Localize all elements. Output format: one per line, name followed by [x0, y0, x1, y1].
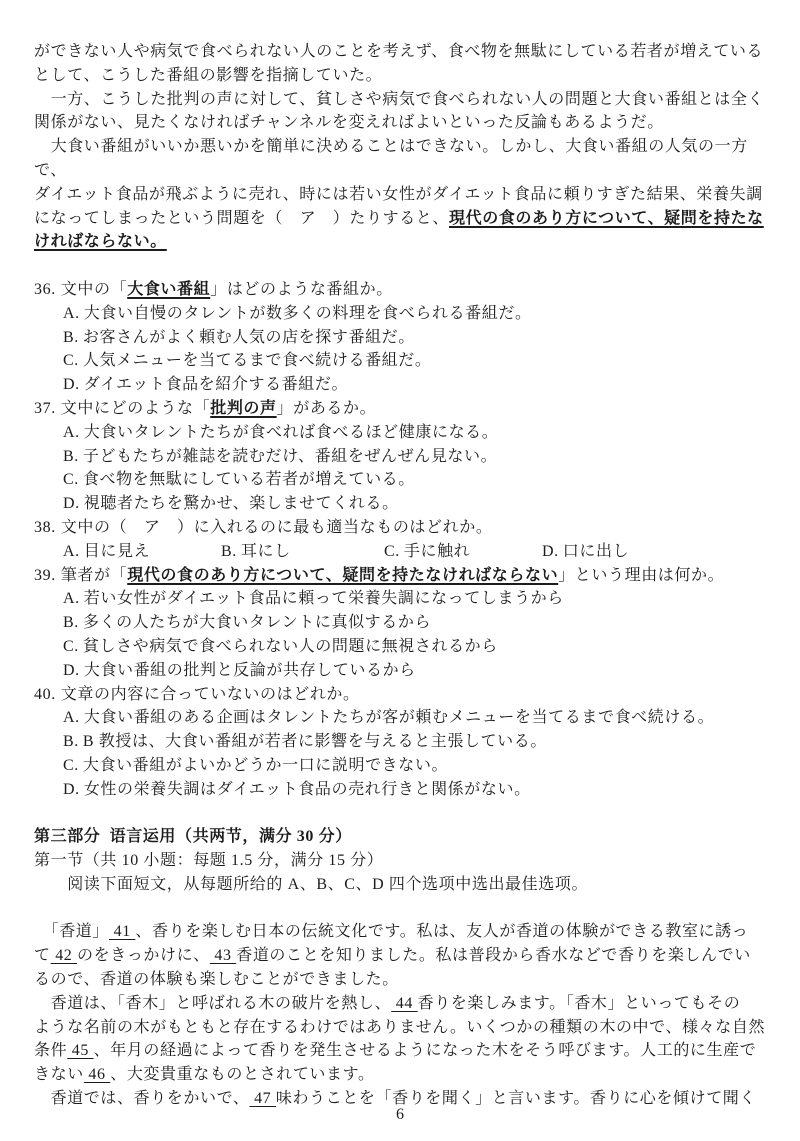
- text-line: 香道は、「香木」と呼ばれる木の破片を熱し、 44 香りを楽しみます。「香木」とい…: [34, 992, 770, 1016]
- option-D: D.女性の栄養失調はダイエット食品の売れ行きと関係がない。: [34, 778, 770, 802]
- option-label: C.: [63, 638, 79, 655]
- text-segment: 一方、こうした批判の声に対して、貧しさや病気で食べられない人の問題と大食い番組と…: [34, 91, 764, 108]
- option-label: B.: [63, 733, 79, 750]
- text-segment: 「香道」: [34, 923, 109, 940]
- emphasis-underline-text: 現代の食のあり方について、疑問を持たなければならない: [127, 567, 558, 584]
- option-text: 大食い番組のある企画はタレントたちが客が頼むメニューを当てるまで食べ続ける。: [84, 709, 714, 726]
- text-segment: 香道のことを知りました。私は普段から香水などで香りを楽しんでい: [236, 947, 751, 964]
- option-A: A.若い女性がダイエット食品に頼って栄養失調になってしまうから: [34, 587, 770, 611]
- text-segment: 大食い番組がいいか悪いかを簡単に決めることはできない。しかし、大食い番組の人気の…: [34, 138, 748, 179]
- text-segment: て: [34, 947, 51, 964]
- cloze-blank: 46: [84, 1066, 110, 1083]
- option-A: A.大食い自慢のタレントが数多くの料理を食べられる番組だ。: [34, 302, 770, 326]
- option-label: C.: [63, 471, 79, 488]
- text-line: きない 46 、大変貴重なものとされています。: [34, 1063, 770, 1087]
- text-line: て 42 のをきっかけに、 43 香道のことを知りました。私は普段から香水などで…: [34, 944, 770, 968]
- text-segment: 、香りを楽しむ日本の伝統文化です。私は、友人が香道の体験ができる教室に誘っ: [135, 923, 748, 940]
- option-label: B.: [63, 448, 79, 465]
- part-three-header: 第三部分 语言运用（共两节，满分 30 分） 第一节（共 10 小题：每题 1.…: [34, 825, 770, 896]
- text-segment: るので、香道の体験も楽しむことができました。: [34, 971, 399, 988]
- question-number: 40.: [34, 686, 56, 703]
- text-line: るので、香道の体験も楽しむことができました。: [34, 968, 770, 992]
- question-stem: 40.文章の内容に合っていないのはどれか。: [34, 683, 770, 707]
- text-segment: 」という理由は何か。: [558, 567, 724, 584]
- question-stem: 36.文中の「大食い番組」はどのような番組か。: [34, 278, 770, 302]
- question-stem: 39.筆者が「現代の食のあり方について、疑問を持たなければならない」という理由は…: [34, 564, 770, 588]
- question-37: 37.文中にどのような「批判の声」があるか。A.大食いタレントたちが食べれば食べ…: [34, 397, 770, 516]
- text-segment: 関係がない、見たくなければチャンネルを変えればよいといった反論もあるようだ。: [34, 114, 664, 131]
- option-text: ダイエット食品を紹介する番組だ。: [84, 376, 348, 393]
- option-text: 大食い番組がよいかどうか一口に説明できない。: [83, 757, 448, 774]
- text-segment: 文章の内容に合っていないのはどれか。: [61, 686, 360, 703]
- text-segment: 文中にどのような「: [61, 400, 210, 417]
- option-B: B.耳にし: [221, 540, 384, 564]
- cloze-blank: 43: [210, 947, 236, 964]
- option-C: C.貧しさや病気で食べられない人の問題に無視されるから: [34, 635, 770, 659]
- option-C: C.大食い番組がよいかどうか一口に説明できない。: [34, 754, 770, 778]
- option-label: D.: [63, 781, 80, 798]
- part-title: 第三部分 语言运用（共两节，满分 30 分）: [34, 825, 770, 849]
- option-B: B.お客さんがよく頼む人気の店を探す番組だ。: [34, 326, 770, 350]
- text-segment: 香りを楽しみます。「香木」といってもその: [418, 995, 741, 1012]
- option-text: 若い女性がダイエット食品に頼って栄養失調になってしまうから: [84, 590, 564, 607]
- text-segment: 条件: [34, 1042, 67, 1059]
- option-D: D.視聴者たちを驚かせ、楽しませてくれる。: [34, 492, 770, 516]
- option-label: C.: [63, 757, 79, 774]
- text-line: 一方、こうした批判の声に対して、貧しさや病気で食べられない人の問題と大食い番組と…: [34, 88, 770, 112]
- option-text: 多くの人たちが大食いタレントに真似するから: [83, 614, 431, 631]
- option-A: A.大食い番組のある企画はタレントたちが客が頼むメニューを当てるまで食べ続ける。: [34, 706, 770, 730]
- text-line: 「香道」 41 、香りを楽しむ日本の伝統文化です。私は、友人が香道の体験ができる…: [34, 920, 770, 944]
- option-C: C.食べ物を無駄にしている若者が増えている。: [34, 468, 770, 492]
- emphasis-underline-text: ければならない。: [34, 233, 167, 250]
- text-line: として、こうした番組の影響を指摘していた。: [34, 64, 770, 88]
- text-line: ような名前の木がもともと存在するわけではありません。いくつかの種類の木の中で、様…: [34, 1016, 770, 1040]
- option-label: A.: [63, 305, 80, 322]
- option-text: 耳にし: [241, 543, 291, 560]
- option-C: C.人気メニューを当てるまで食べ続ける番組だ。: [34, 349, 770, 373]
- option-label: C.: [384, 543, 400, 560]
- questions-list: 36.文中の「大食い番組」はどのような番組か。A.大食い自慢のタレントが数多くの…: [34, 278, 770, 802]
- option-text: 目に見え: [84, 543, 150, 560]
- option-text: 口に出し: [563, 543, 629, 560]
- emphasis-underline-text: 現代の食のあり方について、疑問を持たな: [449, 210, 764, 227]
- text-segment: のをきっかけに、: [77, 947, 210, 964]
- option-label: A.: [63, 590, 80, 607]
- text-segment: 文中の「: [61, 281, 127, 298]
- text-segment: 、年月の経過によって香りを発生させるようになった木をそう呼びます。人工的に生産で: [94, 1042, 757, 1059]
- part-subsection: 第一节（共 10 小题：每题 1.5 分，满分 15 分）: [34, 849, 770, 873]
- cloze-blank: 42: [51, 947, 77, 964]
- page-number: 6: [0, 1103, 800, 1127]
- part-instruction: 阅读下面短文，从每题所给的 A、B、C、D 四个选项中选出最佳选项。: [34, 873, 770, 897]
- option-label: A.: [63, 709, 80, 726]
- reading-passage-tail: ができない人や病気で食べられない人のことを考えず、食べ物を無駄にしている若者が増…: [34, 40, 770, 254]
- option-D: D.口に出し: [542, 540, 629, 564]
- text-segment: として、こうした番組の影響を指摘していた。: [34, 67, 382, 84]
- emphasis-underline-text: 大食い番組: [127, 281, 210, 298]
- option-label: B.: [63, 614, 79, 631]
- option-text: 大食いタレントたちが食べれば食べるほど健康になる。: [84, 424, 499, 441]
- cloze-passage: 「香道」 41 、香りを楽しむ日本の伝統文化です。私は、友人が香道の体験ができる…: [34, 920, 770, 1110]
- document-page: ができない人や病気で食べられない人のことを考えず、食べ物を無駄にしている若者が増…: [0, 0, 800, 1141]
- option-text: 人気メニューを当てるまで食べ続ける番組だ。: [83, 352, 432, 369]
- options-row: A.目に見えB.耳にしC.手に触れD.口に出し: [34, 540, 770, 564]
- question-40: 40.文章の内容に合っていないのはどれか。A.大食い番組のある企画はタレントたち…: [34, 683, 770, 802]
- text-line: 関係がない、見たくなければチャンネルを変えればよいといった反論もあるようだ。: [34, 111, 770, 135]
- option-label: B.: [63, 329, 79, 346]
- cloze-blank: 41: [109, 923, 135, 940]
- option-text: 子どもたちが雑誌を読むだけ、番組をぜんぜん見ない。: [83, 448, 497, 465]
- option-label: A.: [63, 543, 80, 560]
- text-segment: 、大変貴重なものとされています。: [110, 1066, 374, 1083]
- option-label: C.: [63, 352, 79, 369]
- text-segment: ダイエット食品が飛ぶように売れ、時には若い女性がダイエット食品に頼りすぎた結果、…: [34, 186, 763, 203]
- option-A: A.目に見え: [63, 540, 221, 564]
- text-segment: ができない人や病気で食べられない人のことを考えず、食べ物を無駄にしている若者が増…: [34, 43, 763, 60]
- text-line: になってしまったという問題を（ ア ）たりすると、現代の食のあり方について、疑問…: [34, 207, 770, 231]
- question-39: 39.筆者が「現代の食のあり方について、疑問を持たなければならない」という理由は…: [34, 564, 770, 683]
- question-36: 36.文中の「大食い番組」はどのような番組か。A.大食い自慢のタレントが数多くの…: [34, 278, 770, 397]
- question-number: 38.: [34, 519, 56, 536]
- cloze-blank: 45: [67, 1042, 93, 1059]
- option-D: D.ダイエット食品を紹介する番組だ。: [34, 373, 770, 397]
- question-stem: 37.文中にどのような「批判の声」があるか。: [34, 397, 770, 421]
- option-text: 女性の栄養失調はダイエット食品の売れ行きと関係がない。: [84, 781, 531, 798]
- text-line: 条件 45 、年月の経過によって香りを発生させるようになった木をそう呼びます。人…: [34, 1039, 770, 1063]
- option-text: 手に触れ: [404, 543, 470, 560]
- option-A: A.大食いタレントたちが食べれば食べるほど健康になる。: [34, 421, 770, 445]
- text-line: 大食い番組がいいか悪いかを簡単に決めることはできない。しかし、大食い番組の人気の…: [34, 135, 770, 183]
- option-label: D.: [63, 662, 80, 679]
- text-line: ダイエット食品が飛ぶように売れ、時には若い女性がダイエット食品に頼りすぎた結果、…: [34, 183, 770, 207]
- option-label: D.: [63, 376, 80, 393]
- option-B: B.多くの人たちが大食いタレントに真似するから: [34, 611, 770, 635]
- question-38: 38.文中の（ ア ）に入れるのに最も適当なものはどれか。A.目に見えB.耳にし…: [34, 516, 770, 564]
- option-text: 大食い自慢のタレントが数多くの料理を食べられる番組だ。: [84, 305, 532, 322]
- option-label: D.: [542, 543, 559, 560]
- text-segment: 筆者が「: [61, 567, 127, 584]
- option-text: 視聴者たちを驚かせ、楽しませてくれる。: [84, 495, 399, 512]
- text-segment: ような名前の木がもともと存在するわけではありません。いくつかの種類の木の中で、様…: [34, 1019, 765, 1036]
- text-segment: 」はどのような番組か。: [210, 281, 393, 298]
- text-segment: 文中の（ ア ）に入れるのに最も適当なものはどれか。: [61, 519, 493, 536]
- option-text: 貧しさや病気で食べられない人の問題に無視されるから: [83, 638, 498, 655]
- emphasis-underline-text: 批判の声: [210, 400, 276, 417]
- text-line: ければならない。: [34, 230, 770, 254]
- option-text: 大食い番組の批判と反論が共存しているから: [84, 662, 416, 679]
- text-segment: きない: [34, 1066, 84, 1083]
- text-segment: 」があるか。: [277, 400, 377, 417]
- text-line: ができない人や病気で食べられない人のことを考えず、食べ物を無駄にしている若者が増…: [34, 40, 770, 64]
- option-text: お客さんがよく頼む人気の店を探す番組だ。: [83, 329, 415, 346]
- option-D: D.大食い番組の批判と反論が共存しているから: [34, 659, 770, 683]
- question-stem: 38.文中の（ ア ）に入れるのに最も適当なものはどれか。: [34, 516, 770, 540]
- text-segment: 香道は、「香木」と呼ばれる木の破片を熱し、: [34, 995, 391, 1012]
- option-C: C.手に触れ: [384, 540, 542, 564]
- question-number: 36.: [34, 281, 56, 298]
- question-number: 37.: [34, 400, 56, 417]
- option-label: D.: [63, 495, 80, 512]
- option-text: 食べ物を無駄にしている若者が増えている。: [83, 471, 415, 488]
- text-segment: になってしまったという問題を（ ア ）たりすると、: [34, 210, 449, 227]
- cloze-blank: 44: [391, 995, 417, 1012]
- option-B: B.子どもたちが雑誌を読むだけ、番組をぜんぜん見ない。: [34, 445, 770, 469]
- option-label: A.: [63, 424, 80, 441]
- option-text: B 教授は、大食い番組が若者に影響を与えると主張している。: [83, 733, 547, 750]
- option-B: B.B 教授は、大食い番組が若者に影響を与えると主張している。: [34, 730, 770, 754]
- option-label: B.: [221, 543, 237, 560]
- question-number: 39.: [34, 567, 56, 584]
